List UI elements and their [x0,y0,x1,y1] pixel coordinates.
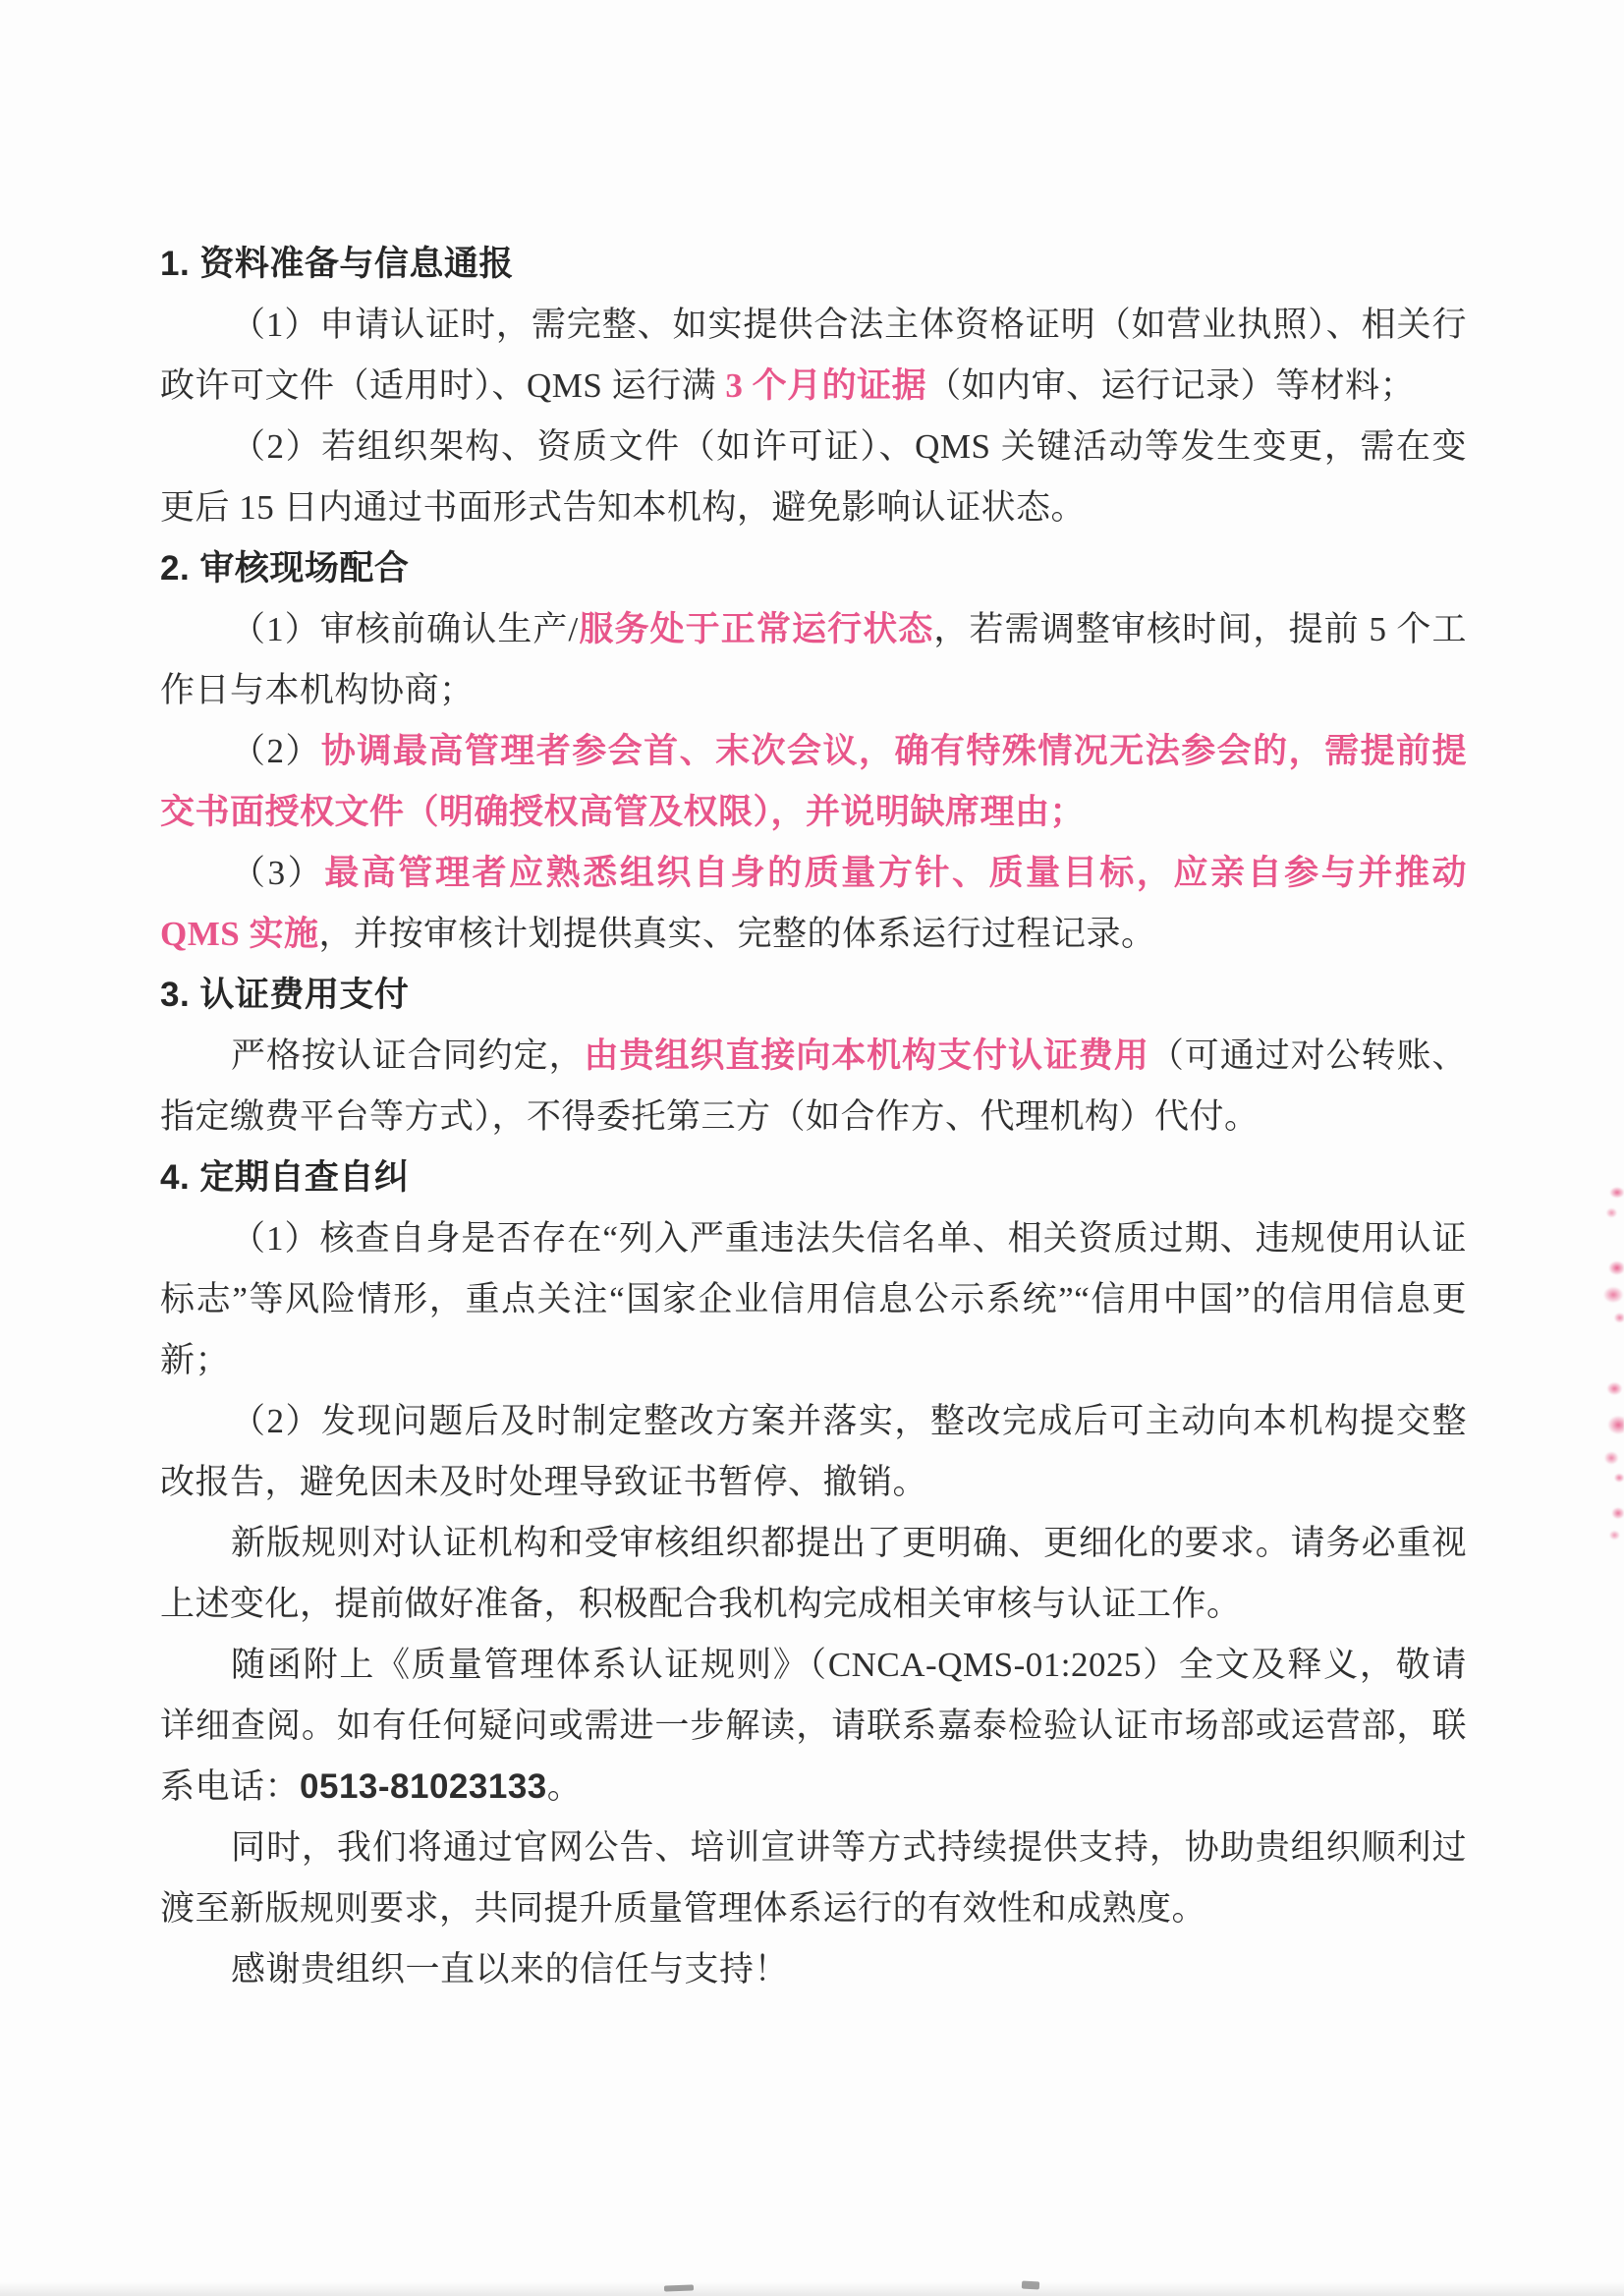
paragraph: 随函附上《质量管理体系认证规则》（CNCA-QMS-01:2025）全文及释义，… [160,1635,1467,1818]
section-heading: 4. 定期自查自纠 [160,1148,1467,1208]
scanned-letter-page: 1. 资料准备与信息通报（1）申请认证时，需完整、如实提供合法主体资格证明（如营… [0,0,1624,2296]
paragraph: 同时，我们将通过官网公告、培训宣讲等方式持续提供支持，协助贵组织顺利过渡至新版规… [160,1818,1467,1939]
text-run: （1）审核前确认生产/ [231,610,579,648]
text-run: （1）核查自身是否存在“列入严重违法失信名单、相关资质过期、违规使用认证标志”等… [160,1219,1467,1379]
paragraph: 严格按认证合同约定，由贵组织直接向本机构支付认证费用（可通过对公转账、指定缴费平… [160,1026,1467,1148]
paragraph: （3）最高管理者应熟悉组织自身的质量方针、质量目标，应亲自参与并推动 QMS 实… [160,843,1467,965]
text-run: （3） [231,854,324,892]
paragraph: （1）申请认证时，需完整、如实提供合法主体资格证明（如营业执照）、相关行政许可文… [160,295,1467,417]
text-run: 感谢贵组织一直以来的信任与支持！ [231,1950,789,1988]
document-page: { "page": { "background_color": "#fdfdfd… [0,0,1624,2296]
seal-stamp-fragment [1596,1179,1624,1224]
text-run: 严格按认证合同约定， [231,1036,585,1075]
text-run: 新版规则对认证机构和受审核组织都提出了更明确、更细化的要求。请务必重视上述变化，… [160,1524,1467,1623]
paragraph: （1）审核前确认生产/服务处于正常运行状态，若需调整审核时间，提前 5 个工作日… [160,599,1467,721]
section-heading: 2. 审核现场配合 [160,538,1467,599]
text-run: （2）发现问题后及时制定整改方案并落实，整改完成后可主动向本机构提交整改报告，避… [160,1402,1467,1501]
text-run: （2） [231,732,321,770]
section-heading: 3. 认证费用支付 [160,965,1467,1026]
paragraph: （2）发现问题后及时制定整改方案并落实，整改完成后可主动向本机构提交整改报告，避… [160,1391,1467,1513]
bold-text: 0513-81023133 [300,1767,547,1806]
seal-stamp-fragment [1589,1253,1624,1329]
document-body: 1. 资料准备与信息通报（1）申请认证时，需完整、如实提供合法主体资格证明（如营… [160,234,1467,2000]
text-run: 。 [547,1767,583,1806]
text-run: 2. 审核现场配合 [160,549,409,588]
highlighted-text: 由贵组织直接向本机构支付认证费用 [585,1036,1149,1075]
highlighted-text: 服务处于正常运行状态 [579,610,934,648]
paragraph: 新版规则对认证机构和受审核组织都提出了更明确、更细化的要求。请务必重视上述变化，… [160,1513,1467,1635]
seal-stamp-fragment [1600,1495,1624,1546]
scan-bottom-edge [0,2282,1624,2296]
paragraph: （2）协调最高管理者参会首、末次会议，确有特殊情况无法参会的，需提前提交书面授权… [160,721,1467,843]
seal-stamp-fragment [1593,1375,1624,1485]
scan-artifact [1022,2281,1039,2290]
section-heading: 1. 资料准备与信息通报 [160,234,1467,295]
highlighted-text: 协调最高管理者参会首、末次会议，确有特殊情况无法参会的，需提前提交书面授权文件（… [160,732,1467,831]
text-run: 4. 定期自查自纠 [160,1158,409,1197]
paragraph: 感谢贵组织一直以来的信任与支持！ [160,1939,1467,2000]
text-run: （如内审、运行记录）等材料； [926,366,1415,405]
text-run: 3. 认证费用支付 [160,976,409,1014]
paragraph: （1）核查自身是否存在“列入严重违法失信名单、相关资质过期、违规使用认证标志”等… [160,1208,1467,1391]
highlighted-text: 3 个月的证据 [725,366,926,405]
paragraph: （2）若组织架构、资质文件（如许可证）、QMS 关键活动等发生变更，需在变更后 … [160,417,1467,538]
text-run: ，并按审核计划提供真实、完整的体系运行过程记录。 [318,915,1155,953]
text-run: 1. 资料准备与信息通报 [160,245,514,283]
text-run: 同时，我们将通过官网公告、培训宣讲等方式持续提供支持，协助贵组织顺利过渡至新版规… [160,1828,1467,1928]
scan-artifact [664,2284,694,2291]
text-run: （2）若组织架构、资质文件（如许可证）、QMS 关键活动等发生变更，需在变更后 … [160,427,1467,527]
